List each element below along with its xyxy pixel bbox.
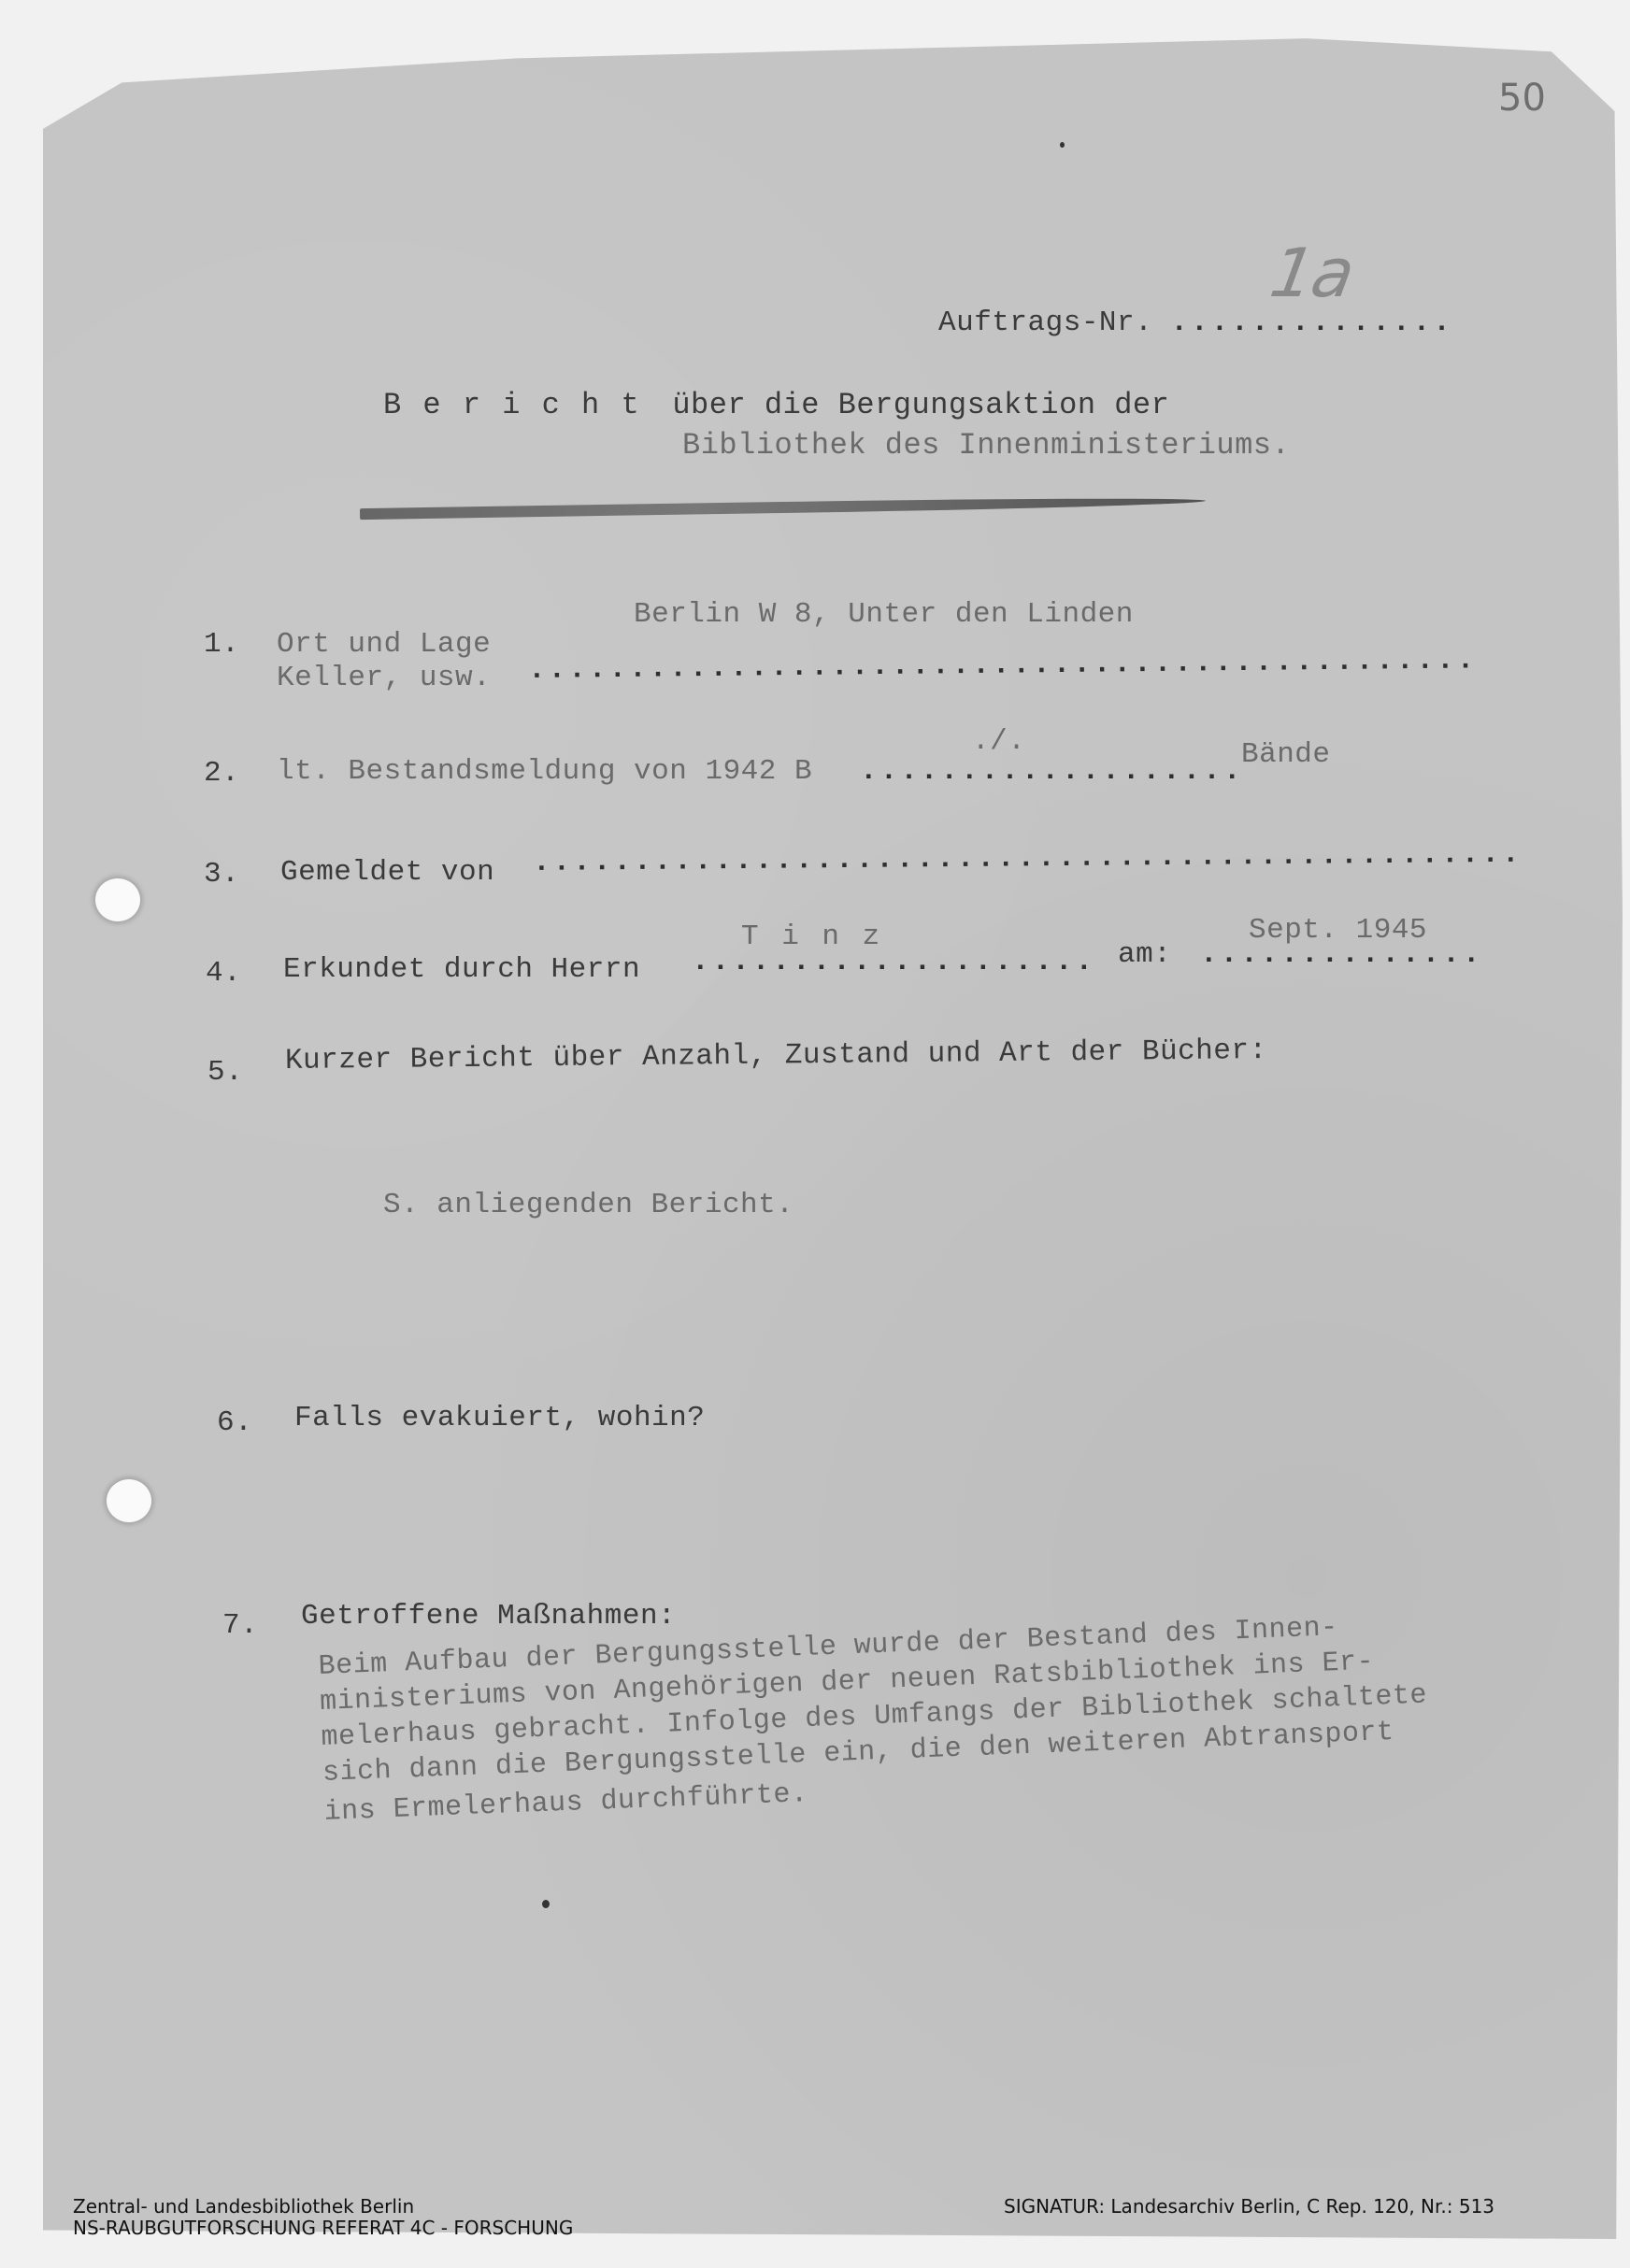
document-title: B e r i c h t über die Bergungsaktion de… [383, 388, 1169, 422]
document-page [43, 32, 1623, 2239]
footer-left: Zentral- und Landesbibliothek Berlin NS-… [73, 2196, 573, 2239]
item-6-number: 6. [217, 1406, 252, 1439]
item-4-field: .................... [692, 946, 1095, 978]
item-1-label: Ort und Lage [277, 628, 491, 661]
order-number-field: .............. [1170, 307, 1452, 339]
item-7-label: Getroffene Maßnahmen: [301, 1600, 676, 1633]
item-1-value: Berlin W 8, Unter den Linden [634, 598, 1134, 631]
item-5-answer: S. anliegenden Bericht. [383, 1189, 794, 1221]
ink-speck [1060, 142, 1065, 148]
item-1-label-line2: Keller, usw. [277, 662, 491, 694]
page-number-handwritten: 50 [1498, 77, 1546, 120]
item-3-number: 3. [204, 858, 239, 891]
item-2-suffix: Bände [1241, 738, 1331, 771]
item-1-number: 1. [204, 628, 239, 661]
order-number-label: Auftrags-Nr. .............. [938, 307, 1453, 339]
item-3-label: Gemeldet von [280, 856, 494, 889]
item-5-number: 5. [207, 1056, 243, 1089]
item-7-number: 7. [222, 1609, 258, 1642]
punch-hole-bottom [107, 1479, 151, 1522]
item-2-field: ................... [860, 755, 1243, 788]
item-2-value: ./. [972, 725, 1025, 758]
punch-hole-top [95, 878, 140, 921]
item-2-number: 2. [204, 757, 239, 790]
item-4-label: Erkundet durch Herrn [283, 953, 640, 986]
item-4-date-field: .............. [1200, 938, 1482, 971]
footer-signatur: SIGNATUR: Landesarchiv Berlin, C Rep. 12… [1004, 2196, 1494, 2218]
item-4-date-label: am: [1118, 938, 1171, 971]
document-subtitle: Bibliothek des Innenministeriums. [682, 428, 1290, 463]
item-2-label: lt. Bestandsmeldung von 1942 B [277, 755, 812, 788]
ink-speck [542, 1900, 550, 1908]
item-6-label: Falls evakuiert, wohin? [294, 1402, 705, 1434]
item-4-number: 4. [206, 957, 241, 990]
